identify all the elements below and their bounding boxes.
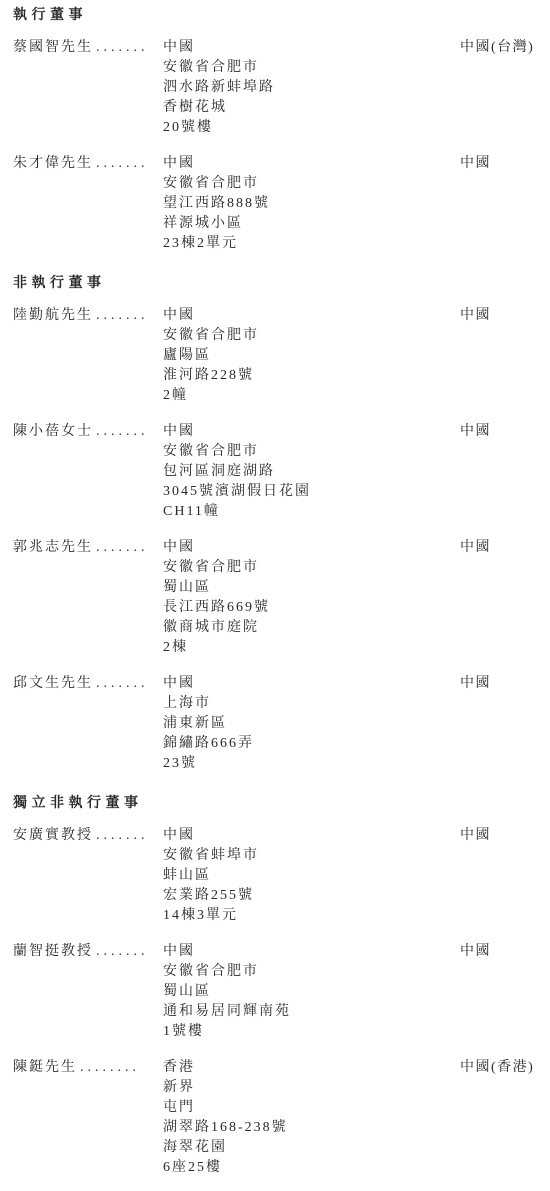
director-name-cell: 陳小蓓女士....... (13, 422, 163, 442)
address-line: 23號 (163, 754, 460, 774)
address-line: 20號樓 (163, 118, 460, 138)
director-row: 朱才偉先生....... 中國安徽省合肥市望江西路888號祥源城小區23棟2單元… (13, 154, 545, 254)
director-row: 蔡國智先生....... 中國安徽省合肥市泗水路新蚌埠路香樹花城20號樓 中國(… (13, 38, 545, 138)
director-name: 郭兆志先生 (13, 540, 93, 555)
address-line: 香樹花城 (163, 98, 460, 118)
director-name-cell: 蔡國智先生....... (13, 38, 163, 58)
address-line: 3045號濱湖假日花園 (163, 482, 460, 502)
address-line: 上海市 (163, 694, 460, 714)
address-line: 中國 (163, 942, 460, 962)
section-title: 非執行董事 (13, 274, 545, 294)
director-name: 邱文生先生 (13, 676, 93, 691)
dot-leader: ....... (96, 540, 149, 555)
address-line: 14棟3單元 (163, 906, 460, 926)
director-section: 獨立非執行董事 安廣實教授....... 中國安徽省蚌埠市蚌山區宏業路255號1… (13, 794, 545, 1178)
address-line: 淮河路228號 (163, 366, 460, 386)
director-name-cell: 郭兆志先生....... (13, 538, 163, 558)
director-name: 蔡國智先生 (13, 40, 93, 55)
address-line: 1號樓 (163, 1022, 460, 1042)
section-title: 獨立非執行董事 (13, 794, 545, 814)
directors-list: 執行董事 蔡國智先生....... 中國安徽省合肥市泗水路新蚌埠路香樹花城20號… (13, 6, 545, 1178)
director-name: 陳小蓓女士 (13, 424, 93, 439)
address-line: 中國 (163, 306, 460, 326)
director-nationality: 中國(台灣) (460, 38, 545, 58)
section-rows: 陸勤航先生....... 中國安徽省合肥市廬陽區淮河路228號2幢 中國 陳小蓓… (13, 306, 545, 774)
director-name: 安廣實教授 (13, 828, 93, 843)
director-name: 陸勤航先生 (13, 308, 93, 323)
director-nationality: 中國(香港) (460, 1058, 545, 1078)
address-line: 廬陽區 (163, 346, 460, 366)
address-line: 蜀山區 (163, 982, 460, 1002)
address-line: 蚌山區 (163, 866, 460, 886)
address-line: CH11幢 (163, 502, 460, 522)
dot-leader: ....... (96, 676, 149, 691)
director-row: 陸勤航先生....... 中國安徽省合肥市廬陽區淮河路228號2幢 中國 (13, 306, 545, 406)
address-line: 安徽省合肥市 (163, 962, 460, 982)
director-address: 中國安徽省合肥市蜀山區通和易居同輝南苑1號樓 (163, 942, 460, 1042)
director-name-cell: 陳鋌先生........ (13, 1058, 163, 1078)
dot-leader: ....... (96, 40, 149, 55)
address-line: 包河區洞庭湖路 (163, 462, 460, 482)
address-line: 湖翠路168-238號 (163, 1118, 460, 1138)
director-nationality: 中國 (460, 306, 545, 326)
address-line: 長江西路669號 (163, 598, 460, 618)
director-nationality: 中國 (460, 422, 545, 442)
address-line: 徽商城市庭院 (163, 618, 460, 638)
director-name: 蘭智挺教授 (13, 944, 93, 959)
director-address: 中國安徽省合肥市廬陽區淮河路228號2幢 (163, 306, 460, 406)
section-rows: 安廣實教授....... 中國安徽省蚌埠市蚌山區宏業路255號14棟3單元 中國… (13, 826, 545, 1178)
address-line: 中國 (163, 538, 460, 558)
address-line: 2幢 (163, 386, 460, 406)
director-name: 朱才偉先生 (13, 156, 93, 171)
address-line: 香港 (163, 1058, 460, 1078)
director-name-cell: 蘭智挺教授....... (13, 942, 163, 962)
director-address: 中國上海市浦東新區錦繡路666弄23號 (163, 674, 460, 774)
director-section: 非執行董事 陸勤航先生....... 中國安徽省合肥市廬陽區淮河路228號2幢 … (13, 274, 545, 774)
director-nationality: 中國 (460, 538, 545, 558)
director-nationality: 中國 (460, 154, 545, 174)
dot-leader: ........ (80, 1060, 140, 1075)
director-address: 中國安徽省合肥市包河區洞庭湖路3045號濱湖假日花園CH11幢 (163, 422, 460, 522)
address-line: 望江西路888號 (163, 194, 460, 214)
director-address: 中國安徽省蚌埠市蚌山區宏業路255號14棟3單元 (163, 826, 460, 926)
address-line: 安徽省合肥市 (163, 558, 460, 578)
address-line: 安徽省合肥市 (163, 442, 460, 462)
director-row: 陳小蓓女士....... 中國安徽省合肥市包河區洞庭湖路3045號濱湖假日花園C… (13, 422, 545, 522)
address-line: 祥源城小區 (163, 214, 460, 234)
address-line: 安徽省合肥市 (163, 58, 460, 78)
director-nationality: 中國 (460, 674, 545, 694)
address-line: 海翠花園 (163, 1138, 460, 1158)
address-line: 安徽省合肥市 (163, 174, 460, 194)
director-address: 中國安徽省合肥市泗水路新蚌埠路香樹花城20號樓 (163, 38, 460, 138)
address-line: 通和易居同輝南苑 (163, 1002, 460, 1022)
address-line: 新界 (163, 1078, 460, 1098)
address-line: 6座25樓 (163, 1158, 460, 1178)
director-name-cell: 朱才偉先生....... (13, 154, 163, 174)
director-nationality: 中國 (460, 942, 545, 962)
director-name-cell: 安廣實教授....... (13, 826, 163, 846)
address-line: 安徽省合肥市 (163, 326, 460, 346)
address-line: 蜀山區 (163, 578, 460, 598)
director-nationality: 中國 (460, 826, 545, 846)
director-row: 安廣實教授....... 中國安徽省蚌埠市蚌山區宏業路255號14棟3單元 中國 (13, 826, 545, 926)
prospectus-directors-page: 執行董事 蔡國智先生....... 中國安徽省合肥市泗水路新蚌埠路香樹花城20號… (0, 0, 550, 1191)
director-row: 邱文生先生....... 中國上海市浦東新區錦繡路666弄23號 中國 (13, 674, 545, 774)
address-line: 中國 (163, 154, 460, 174)
director-address: 中國安徽省合肥市望江西路888號祥源城小區23棟2單元 (163, 154, 460, 254)
address-line: 中國 (163, 38, 460, 58)
address-line: 中國 (163, 422, 460, 442)
dot-leader: ....... (96, 156, 149, 171)
director-address: 香港新界屯門湖翠路168-238號海翠花園6座25樓 (163, 1058, 460, 1178)
section-title: 執行董事 (13, 6, 545, 26)
address-line: 宏業路255號 (163, 886, 460, 906)
address-line: 浦東新區 (163, 714, 460, 734)
director-name-cell: 陸勤航先生....... (13, 306, 163, 326)
director-row: 蘭智挺教授....... 中國安徽省合肥市蜀山區通和易居同輝南苑1號樓 中國 (13, 942, 545, 1042)
dot-leader: ....... (96, 828, 149, 843)
section-rows: 蔡國智先生....... 中國安徽省合肥市泗水路新蚌埠路香樹花城20號樓 中國(… (13, 38, 545, 254)
dot-leader: ....... (96, 308, 149, 323)
address-line: 屯門 (163, 1098, 460, 1118)
address-line: 泗水路新蚌埠路 (163, 78, 460, 98)
director-name-cell: 邱文生先生....... (13, 674, 163, 694)
director-address: 中國安徽省合肥市蜀山區長江西路669號徽商城市庭院2棟 (163, 538, 460, 658)
dot-leader: ....... (96, 424, 149, 439)
address-line: 2棟 (163, 638, 460, 658)
director-row: 郭兆志先生....... 中國安徽省合肥市蜀山區長江西路669號徽商城市庭院2棟… (13, 538, 545, 658)
address-line: 23棟2單元 (163, 234, 460, 254)
director-row: 陳鋌先生........ 香港新界屯門湖翠路168-238號海翠花園6座25樓 … (13, 1058, 545, 1178)
address-line: 中國 (163, 674, 460, 694)
address-line: 錦繡路666弄 (163, 734, 460, 754)
address-line: 中國 (163, 826, 460, 846)
director-section: 執行董事 蔡國智先生....... 中國安徽省合肥市泗水路新蚌埠路香樹花城20號… (13, 6, 545, 254)
director-name: 陳鋌先生 (13, 1060, 77, 1075)
dot-leader: ....... (96, 944, 149, 959)
address-line: 安徽省蚌埠市 (163, 846, 460, 866)
